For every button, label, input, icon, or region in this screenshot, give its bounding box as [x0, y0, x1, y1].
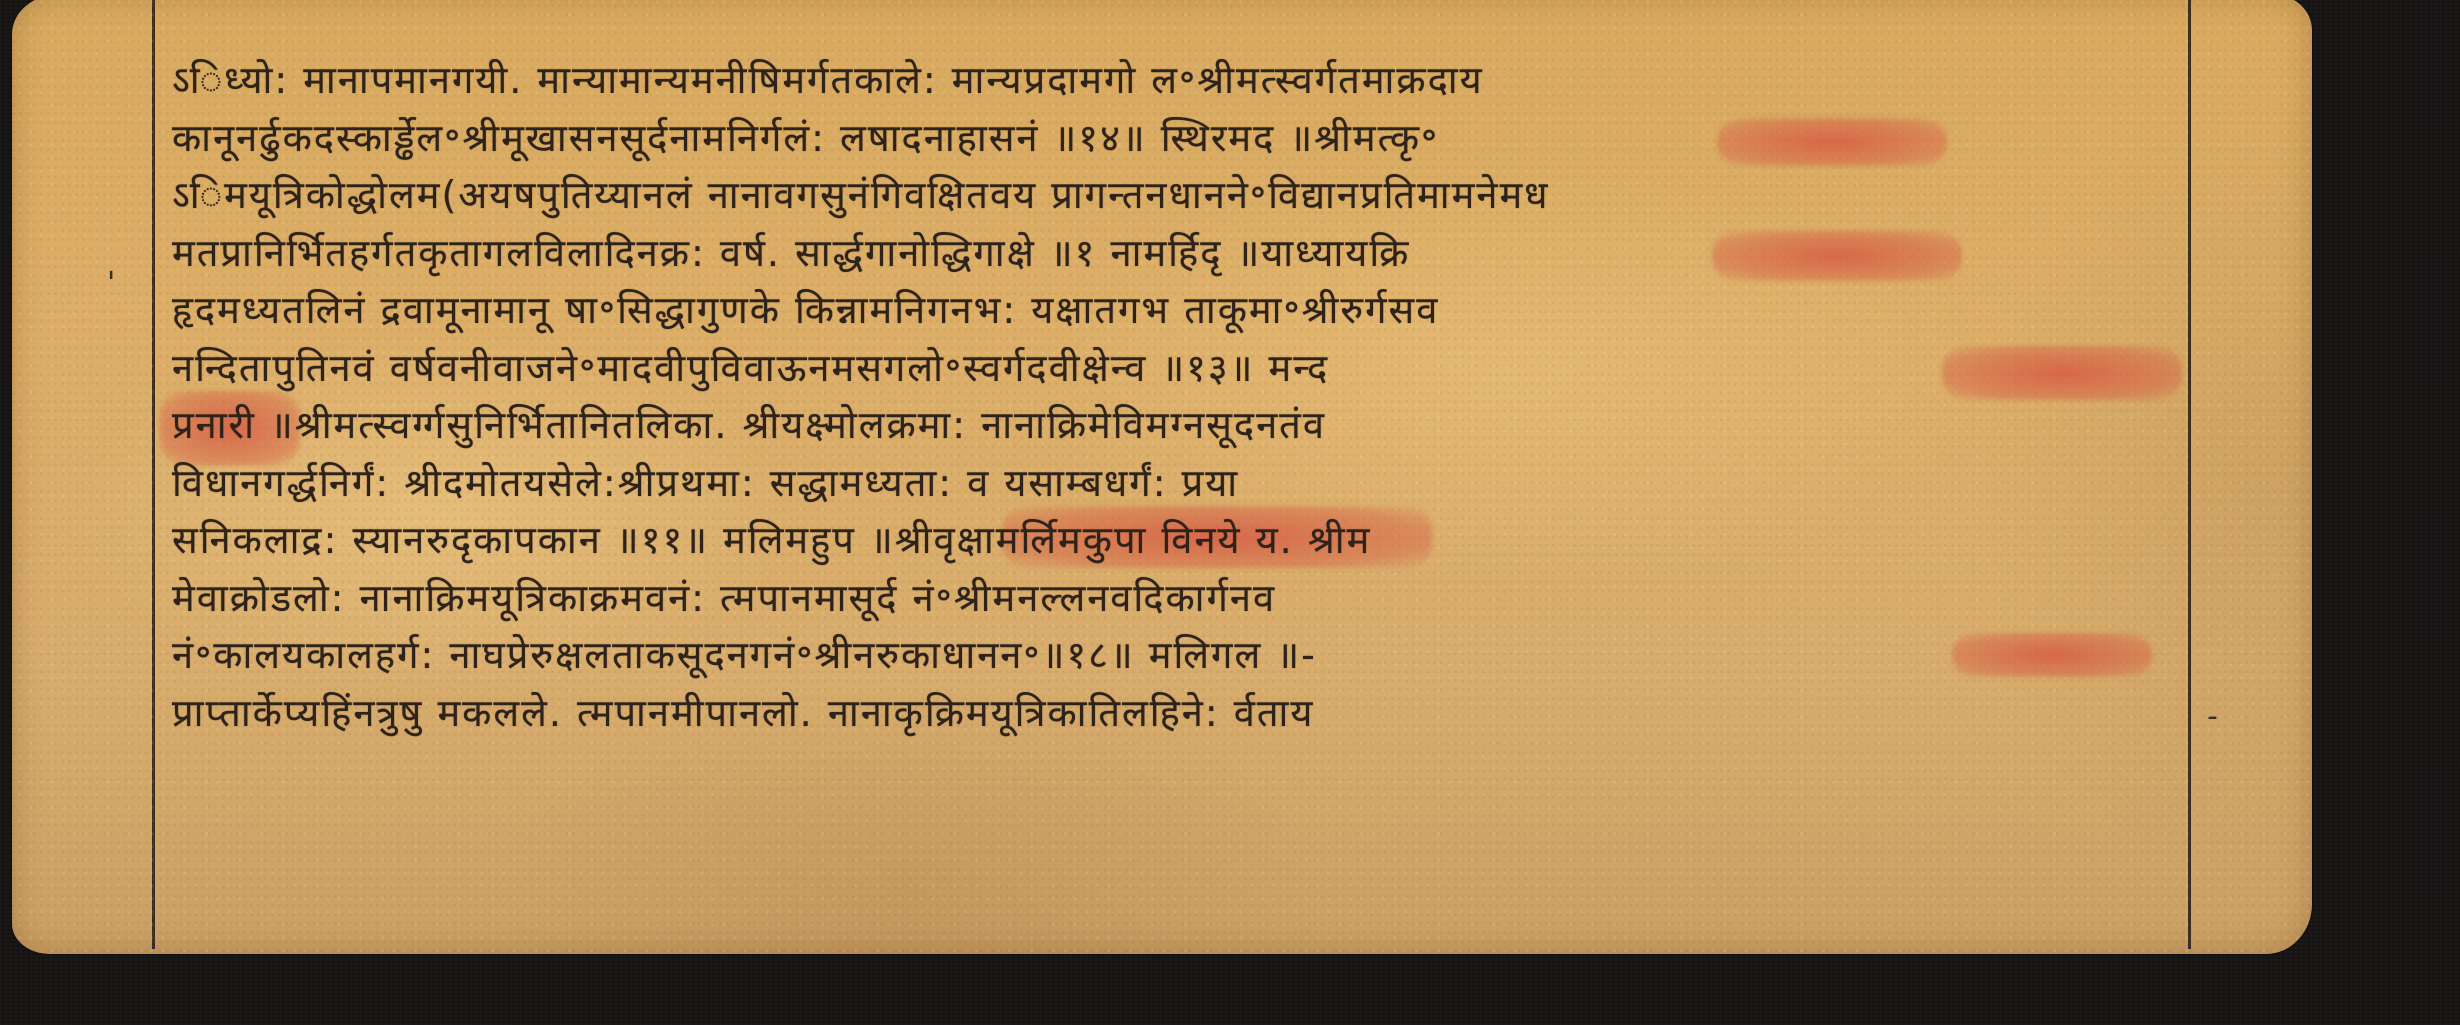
- rubric-text: स्थिरमद: [1161, 116, 1276, 160]
- rubric-text: मन्द: [1269, 346, 1330, 390]
- text-line-3: ऽिमयूत्रिकोद्धोलम(अयषपुतिय्यानलं नानावगस…: [172, 167, 2182, 225]
- rubric-text: मलिमहुप: [723, 518, 856, 562]
- text-line-4: मतप्रानिर्भितहर्गतकृतागलविलादिनक्र: वर्ष…: [172, 225, 2182, 283]
- text-line-9: सनिकलाद्र: स्यानरुदृकापकान ॥११॥ मलिमहुप …: [172, 512, 2182, 570]
- text-line-2: कानूनर्ढुकदस्कार्ड्ढेल॰श्रीमूखासनसूर्दना…: [172, 110, 2182, 168]
- text-line-5: हृदमध्यतलिनं द्रवामूनामानू षा॰सिद्धागुणक…: [172, 282, 2182, 340]
- text-line-11: नं॰कालयकालहर्ग: नाघप्रेरुक्षलताकसूदनगनं॰…: [172, 627, 2182, 685]
- text-line-6: नन्दितापुतिनवं वर्षवनीवाजने॰मादवीपुविवाऊ…: [172, 340, 2182, 398]
- rubric-text: नामर्हिदृ: [1111, 231, 1223, 275]
- text-line-12: प्राप्तार्केप्यहिंनत्रुषु मकलले. त्मपानम…: [172, 685, 2182, 743]
- left-margin-rule: [152, 0, 155, 949]
- rubric-highlight: [1942, 346, 2182, 400]
- rubric-highlight: [1952, 633, 2152, 677]
- text-line-10: मेवाक्रोडलो: नानाक्रिमयूत्रिकाक्रमवनं: त…: [172, 570, 2182, 628]
- left-margin-mark: ': [107, 266, 115, 301]
- rubric-text: मलिगल: [1149, 633, 1263, 677]
- text-line-8: विधानगर्द्धनिर्गं: श्रीदमोतयसेले:श्रीप्र…: [172, 455, 2182, 513]
- right-margin-mark: -: [2207, 699, 2218, 734]
- text-line-7: प्रनारी ॥श्रीमत्स्वर्ग्गसुनिर्भितानितलिक…: [172, 397, 2182, 455]
- rubric-text: प्रनारी: [172, 403, 256, 447]
- right-margin-rule: [2188, 0, 2191, 949]
- manuscript-leaf: ' - ऽिध्यो: मानापमानगयी. मान्यामान्यमनीष…: [12, 0, 2312, 954]
- text-line-1: ऽिध्यो: मानापमानगयी. मान्यामान्यमनीषिमर्…: [172, 52, 2182, 110]
- rubric-highlight: [1712, 231, 1962, 281]
- rubric-highlight: [1717, 118, 1947, 166]
- manuscript-text: ऽिध्यो: मानापमानगयी. मान्यामान्यमनीषिमर्…: [172, 52, 2182, 742]
